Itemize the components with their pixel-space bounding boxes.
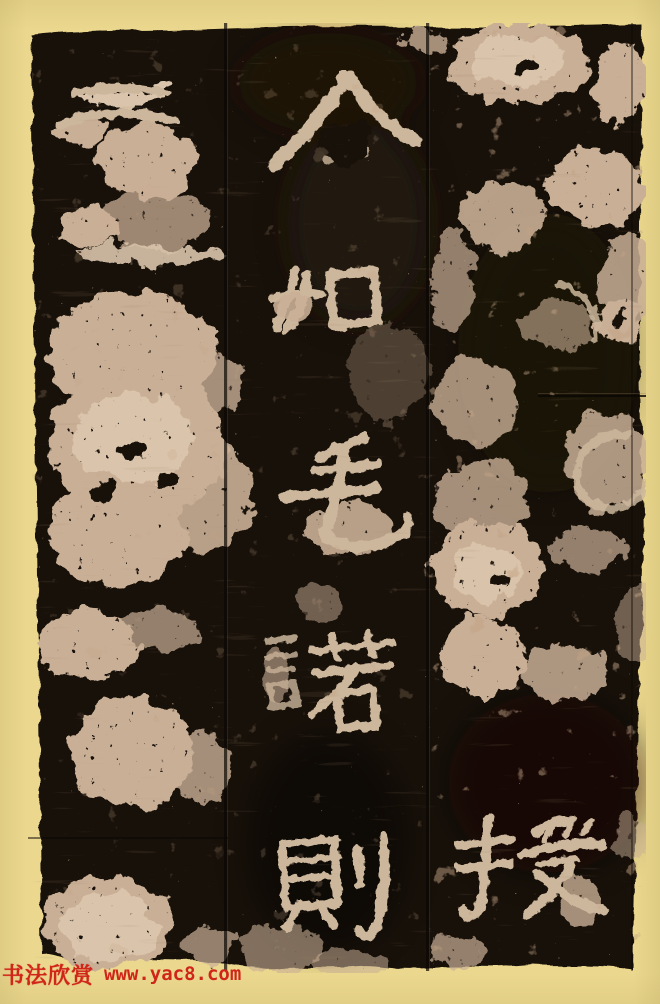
stele-rubbing — [28, 23, 646, 973]
rubbing-texture-svg — [28, 23, 646, 973]
streak-texture-layer — [32, 25, 642, 969]
scanned-rubbing-page: 书法欣赏 www.yac8.com — [0, 0, 660, 1004]
